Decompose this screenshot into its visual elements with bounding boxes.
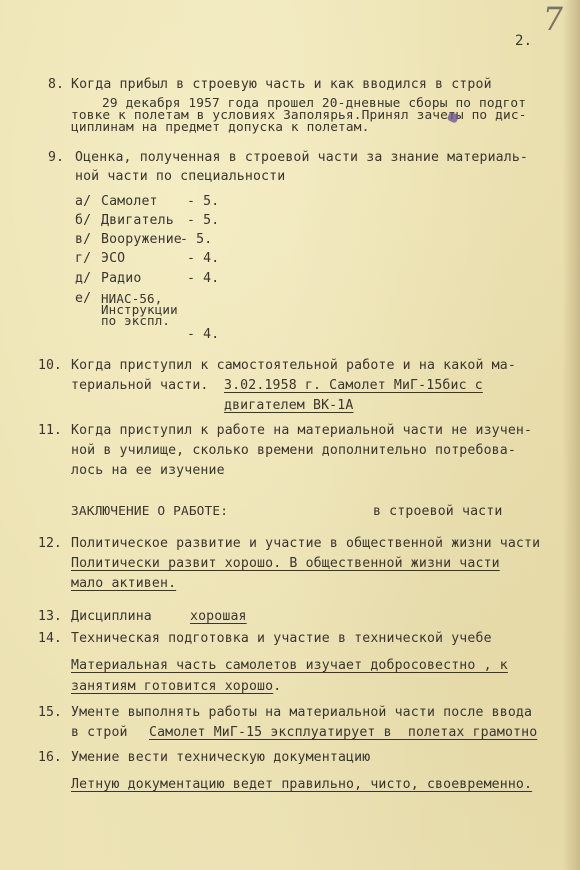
grade-value: - 5. xyxy=(187,214,219,228)
item-10-question-line-2: териальной части. xyxy=(71,379,209,393)
item-13-question: Дисциплина xyxy=(71,610,152,624)
item-8-answer-line-3: циплинам на предмет допуска к полетам. xyxy=(71,121,369,135)
item-15-question-line-1: Ументе выполнять работы на материальной … xyxy=(71,706,532,720)
item-10-question-line-1: Когда приступил к самостоятельной работе… xyxy=(71,359,516,373)
conclusion-context: в строевой части xyxy=(373,505,502,519)
item-12-number: 12. xyxy=(38,537,62,551)
grade-value: - 4. xyxy=(187,272,219,286)
item-11-question-line-3: лось на ее изучение xyxy=(71,464,225,478)
grade-subject: по экспл. xyxy=(101,314,170,328)
item-14-question: Техническая подготовка и участие в техни… xyxy=(71,632,492,646)
grade-letter: б/ xyxy=(75,214,91,228)
item-9-question-line-2: ной части по специальности xyxy=(75,170,285,184)
item-11-number: 11. xyxy=(38,424,62,438)
item-10-answer-line-2: двигателем ВК-1А xyxy=(224,399,353,413)
grade-value: - 4. xyxy=(187,252,219,266)
item-8-number: 8. xyxy=(48,78,64,92)
item-13-number: 13. xyxy=(38,610,62,624)
grade-subject: Самолет xyxy=(101,195,158,209)
item-9-question-line-1: Оценка, полученная в строевой части за з… xyxy=(75,151,528,165)
grade-letter: в/ xyxy=(75,233,91,247)
item-16-question: Умение вести техническую документацию xyxy=(71,751,370,765)
conclusion-heading: ЗАКЛЮЧЕНИЕ О РАБОТЕ: xyxy=(71,505,228,519)
page-number: 2. xyxy=(515,34,532,48)
grade-letter: г/ xyxy=(75,252,91,266)
grade-value: - 5. xyxy=(180,233,212,247)
grade-value: - 4. xyxy=(187,328,219,342)
item-14-answer-line-1: Материальная часть самолетов изучает доб… xyxy=(71,659,508,673)
item-14-answer-end: . xyxy=(273,679,281,694)
grade-letter: а/ xyxy=(75,195,91,209)
item-16-number: 16. xyxy=(38,751,62,765)
item-12-answer-line-2: мало активен. xyxy=(71,577,176,591)
item-15-answer: Самолет МиГ-15 эксплуатирует в полетах г… xyxy=(149,726,537,740)
grade-subject: Радио xyxy=(101,272,141,286)
item-16-answer: Летную документацию ведет правильно, чис… xyxy=(71,778,532,792)
item-12-answer-line-1: Политически развит хорошо. В общественно… xyxy=(71,557,500,571)
item-14-answer-line-2-wrap: занятиям готовится хорошо. xyxy=(71,680,281,694)
grade-subject: ЭСО xyxy=(101,252,125,266)
item-15-number: 15. xyxy=(38,706,62,720)
item-11-question-line-1: Когда приступил к работе на материальной… xyxy=(71,424,532,438)
grade-subject: Вооружение xyxy=(101,233,182,247)
grade-subject: Двигатель xyxy=(101,214,174,228)
item-12-question: Политическое развитие и участие в общест… xyxy=(71,537,540,551)
grade-letter: д/ xyxy=(75,272,91,286)
item-8-question: Когда прибыл в строевую часть и как ввод… xyxy=(71,78,492,92)
item-14-number: 14. xyxy=(38,632,62,646)
item-10-number: 10. xyxy=(38,359,62,373)
grade-letter: е/ xyxy=(75,292,91,306)
grade-value: - 5. xyxy=(187,195,219,209)
item-13-answer: хорошая xyxy=(190,610,247,624)
item-11-question-line-2: ной в училище, сколько времени дополните… xyxy=(71,444,516,458)
item-9-number: 9. xyxy=(48,151,64,165)
item-14-answer-line-2: занятиям готовится хорошо xyxy=(71,679,273,694)
item-10-answer-line-1: 3.02.1958 г. Самолет МиГ-15бис с xyxy=(224,379,483,393)
item-15-question-line-2: в строй xyxy=(71,726,128,740)
